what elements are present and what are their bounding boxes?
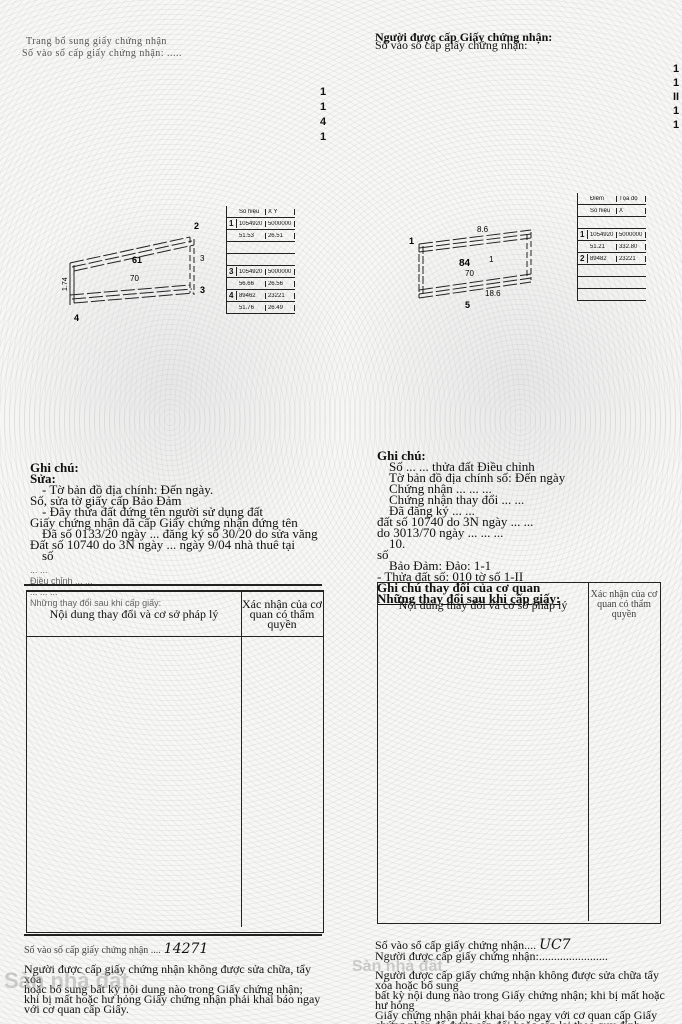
section-divider bbox=[24, 584, 322, 586]
dimension-label: 3 bbox=[200, 254, 205, 263]
margin-mark: 1 bbox=[318, 100, 328, 115]
table-body bbox=[27, 637, 323, 927]
section-divider bbox=[24, 934, 322, 936]
point-index: 1 bbox=[578, 230, 588, 239]
coordinate-row: Số hiệuX Y bbox=[227, 206, 295, 218]
notes-prefix: Ghi chú: bbox=[30, 462, 330, 473]
margin-mark: 1 bbox=[671, 118, 681, 132]
left-margin-marks: 1 1 4 1 bbox=[318, 85, 328, 145]
coordinate-row bbox=[227, 254, 295, 266]
coordinate-x: 51.76 bbox=[237, 305, 266, 311]
margin-mark: II bbox=[671, 90, 681, 104]
column-header-confirmation: Xác nhận của cơ quan có thẩm quyền bbox=[589, 583, 659, 627]
coordinate-y: 5000000 bbox=[617, 232, 646, 238]
right-land-plot-plan: 1 5 84 8.6 18.6 70 1 bbox=[401, 222, 541, 317]
coordinate-y: X bbox=[617, 208, 646, 214]
coordinate-y: Tọa độ bbox=[617, 196, 646, 202]
coordinate-row: 48946223221 bbox=[227, 290, 295, 302]
coordinate-y: 26.49 bbox=[266, 305, 295, 311]
coordinate-row: 56.6626.56 bbox=[227, 278, 295, 290]
right-coordinate-table: ĐiểmTọa độSố hiệuX11054920500000051.2133… bbox=[577, 193, 646, 301]
footer-paragraph: Người được cấp giấy chứng nhận không đượ… bbox=[375, 970, 675, 1024]
coordinate-y: 23221 bbox=[266, 293, 295, 299]
margin-mark: 1 bbox=[671, 62, 681, 76]
vertex-label: 1 bbox=[409, 236, 414, 246]
coordinate-row bbox=[578, 217, 646, 229]
coordinate-row bbox=[227, 242, 295, 254]
vertex-label: 3 bbox=[200, 285, 205, 295]
coordinate-x: 1054920 bbox=[237, 221, 266, 227]
dimension-label: 70 bbox=[465, 269, 474, 278]
plot-outline-drawing: 2 3 4 61 70 1.74 3 bbox=[60, 215, 220, 320]
footer-line: bất kỳ nội dung nào trong Giấy chứng nhậ… bbox=[375, 990, 675, 1010]
coordinate-row: Số hiệuX bbox=[578, 205, 646, 217]
coordinate-y: 23221 bbox=[617, 256, 646, 262]
margin-mark: 1 bbox=[671, 76, 681, 90]
margin-mark: 1 bbox=[671, 104, 681, 118]
coordinate-x: Số hiệu bbox=[237, 209, 266, 215]
table-cell bbox=[589, 627, 659, 921]
table-body bbox=[378, 627, 660, 921]
left-header-line2: Số vào sổ cấp giấy chứng nhận: ..... bbox=[22, 48, 182, 59]
dimension-label: 18.6 bbox=[485, 289, 501, 298]
vertex-label: 5 bbox=[465, 300, 470, 310]
right-header-line2: Số vào sổ cấp giấy chứng nhận: bbox=[375, 40, 527, 51]
left-page: Trang bổ sung giấy chứng nhận Số vào sổ … bbox=[0, 0, 341, 1024]
column-header-content: Nội dung thay đổi và cơ sở pháp lý bbox=[378, 583, 589, 627]
dimension-label: 70 bbox=[130, 274, 139, 283]
coordinate-row: 110549205000000 bbox=[578, 229, 646, 241]
coordinate-row bbox=[578, 265, 646, 277]
dimension-label: 1 bbox=[489, 255, 494, 264]
coordinate-x: Điểm bbox=[588, 196, 617, 202]
coordinate-x: 89462 bbox=[237, 293, 266, 299]
coordinate-x: Số hiệu bbox=[588, 208, 617, 214]
table-header-row: Nội dung thay đổi và cơ sở pháp lý Xác n… bbox=[378, 583, 660, 627]
coordinate-y: 5000000 bbox=[266, 269, 295, 275]
signature-line: Số vào sổ cấp giấy chứng nhận .... 14271 bbox=[24, 944, 324, 956]
left-notes: Ghi chú: Sửa: - Tờ bản đồ địa chính: Đến… bbox=[30, 462, 330, 609]
coordinate-x: 89482 bbox=[588, 256, 617, 262]
coordinate-x: 1054920 bbox=[237, 269, 266, 275]
point-index: 1 bbox=[227, 219, 237, 228]
coordinate-y: 26.56 bbox=[266, 281, 295, 287]
plot-outline-drawing: 1 5 84 8.6 18.6 70 1 bbox=[401, 222, 541, 312]
coordinate-row: 110549205000000 bbox=[227, 218, 295, 230]
left-header-line1: Trang bổ sung giấy chứng nhận bbox=[26, 36, 167, 47]
column-header-content: Nội dung thay đổi và cơ sở pháp lý bbox=[27, 592, 242, 636]
area-label: 84 bbox=[459, 258, 471, 269]
table-header-row: Nội dung thay đổi và cơ sở pháp lý Xác n… bbox=[27, 592, 323, 637]
coordinate-y: 5000000 bbox=[266, 221, 295, 227]
margin-mark: 1 bbox=[318, 130, 328, 145]
coordinate-row: 28948223221 bbox=[578, 253, 646, 265]
right-margin-marks: 1 1 II 1 1 bbox=[671, 62, 681, 132]
margin-mark: 1 bbox=[318, 85, 328, 100]
watermark-left: Sàn nhà đất bbox=[4, 968, 129, 994]
notes-faint-line: ... ... bbox=[30, 565, 330, 576]
table-cell bbox=[242, 637, 322, 927]
point-index: 4 bbox=[227, 291, 237, 300]
coordinate-y: 332.80 bbox=[617, 244, 646, 250]
column-header-confirmation: Xác nhận của cơ quan có thẩm quyền bbox=[242, 592, 322, 636]
area-label: 61 bbox=[132, 255, 142, 265]
signature-line-text: Số vào sổ cấp giấy chứng nhận .... bbox=[24, 945, 161, 956]
coordinate-y: 26.51 bbox=[266, 233, 295, 239]
dimension-label: 1.74 bbox=[62, 277, 69, 291]
right-changes-table: Nội dung thay đổi và cơ sở pháp lý Xác n… bbox=[377, 582, 661, 924]
signature-mark: 14271 bbox=[164, 941, 209, 957]
left-land-plot-plan: 2 3 4 61 70 1.74 3 bbox=[60, 215, 220, 325]
right-footer: Số vào sổ cấp giấy chứng nhận.... UC7 Ng… bbox=[375, 940, 675, 1024]
table-cell bbox=[378, 627, 589, 921]
point-index: 3 bbox=[227, 267, 237, 276]
coordinate-row: 51.7626.49 bbox=[227, 302, 295, 314]
left-changes-table: Nội dung thay đổi và cơ sở pháp lý Xác n… bbox=[26, 590, 324, 933]
coordinate-y: X Y bbox=[266, 209, 295, 215]
coordinate-row: 51.21332.80 bbox=[578, 241, 646, 253]
dimension-label: 8.6 bbox=[477, 225, 489, 234]
coordinate-x: 51.53 bbox=[237, 233, 266, 239]
right-notes: Ghi chú: Số ... ... thửa đất Điều chỉnh … bbox=[377, 450, 677, 604]
coordinate-x: 56.66 bbox=[237, 281, 266, 287]
point-index: 2 bbox=[578, 254, 588, 263]
footer-line: chứng nhận để được cấp đổi hoặc cấp lại … bbox=[375, 1020, 675, 1024]
coordinate-x: 1054920 bbox=[588, 232, 617, 238]
coordinate-row: 51.5326.51 bbox=[227, 230, 295, 242]
vertex-label: 2 bbox=[194, 221, 199, 231]
vertex-label: 4 bbox=[74, 313, 79, 323]
table-cell bbox=[27, 637, 242, 927]
coordinate-row bbox=[578, 289, 646, 301]
watermark-right: Sàn nhà đất bbox=[352, 958, 443, 976]
left-coordinate-table: Số hiệuX Y11054920500000051.5326.5131054… bbox=[226, 206, 295, 314]
coordinate-row: ĐiểmTọa độ bbox=[578, 193, 646, 205]
right-page: Người được cấp Giấy chứng nhận: Số vào s… bbox=[341, 0, 682, 1024]
coordinate-row: 310549205000000 bbox=[227, 266, 295, 278]
notes-line: Đất số 10740 do 3N ngày ... ngày 9/04 nh… bbox=[30, 539, 330, 550]
margin-mark: 4 bbox=[318, 115, 328, 130]
coordinate-x: 51.21 bbox=[588, 244, 617, 250]
coordinate-row bbox=[578, 277, 646, 289]
